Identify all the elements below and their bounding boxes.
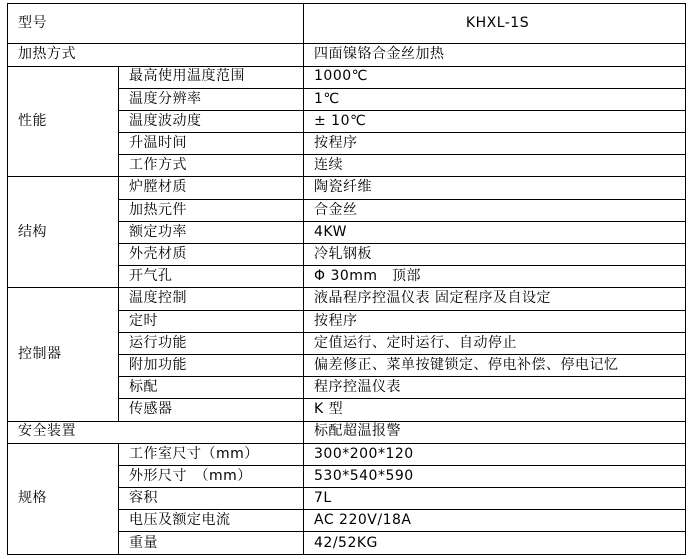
heating-element-label-cell: 加热元件 (119, 199, 304, 221)
heating-element-value-cell: 合金丝 (304, 199, 686, 221)
rated-power-label-cell: 额定功率 (119, 221, 304, 243)
heating-method-label-cell: 加热方式 (8, 44, 304, 66)
sensor-label-cell: 传感器 (119, 399, 304, 421)
group-cell-specs: 规格 (8, 443, 119, 554)
extra-functions-value-cell: 偏差修正、菜单按键锁定、停电补偿、停电记忆 (304, 354, 686, 376)
chamber-material-label-cell: 炉膛材质 (119, 177, 304, 199)
model-label-cell: 型号 (8, 4, 304, 44)
run-functions-label-cell: 运行功能 (119, 332, 304, 354)
rated-power-value-cell: 4KW (304, 221, 686, 243)
table-row-safety-device: 安全装置 标配超温报警 (8, 421, 686, 443)
max-temp-value-cell: 1000℃ (304, 66, 686, 88)
safety-device-value-cell: 标配超温报警 (304, 421, 686, 443)
table-row-heating-method: 加热方式 四面镍铬合金丝加热 (8, 44, 686, 66)
temp-fluctuation-label-cell: 温度波动度 (119, 110, 304, 132)
work-mode-label-cell: 工作方式 (119, 155, 304, 177)
chamber-size-label-cell: 工作室尺寸（mm） (119, 443, 304, 465)
temp-control-value-cell: 液晶程序控温仪表 固定程序及自设定 (304, 288, 686, 310)
model-value-cell: KHXL-1S (304, 4, 686, 44)
weight-label-cell: 重量 (119, 532, 304, 555)
shell-material-label-cell: 外壳材质 (119, 244, 304, 266)
table-row-chamber-material: 结构 炉膛材质 陶瓷纤维 (8, 177, 686, 199)
group-cell-structure: 结构 (8, 177, 119, 288)
safety-device-label-cell: 安全装置 (8, 421, 304, 443)
heatup-time-value-cell: 按程序 (304, 133, 686, 155)
table-row-max-temp: 性能 最高使用温度范围 1000℃ (8, 66, 686, 88)
group-cell-controller: 控制器 (8, 288, 119, 421)
shell-material-value-cell: 冷轧钢板 (304, 244, 686, 266)
spec-sheet-page: 型号 KHXL-1S 加热方式 四面镍铬合金丝加热 性能 最高使用温度范围 10… (0, 0, 692, 559)
vent-hole-label-cell: 开气孔 (119, 266, 304, 288)
sensor-value-cell: K 型 (304, 399, 686, 421)
standard-config-label-cell: 标配 (119, 377, 304, 399)
volume-label-cell: 容积 (119, 488, 304, 510)
voltage-current-value-cell: AC 220V/18A (304, 510, 686, 532)
voltage-current-label-cell: 电压及额定电流 (119, 510, 304, 532)
volume-value-cell: 7L (304, 488, 686, 510)
temp-fluctuation-value-cell: ± 10℃ (304, 110, 686, 132)
table-row-model: 型号 KHXL-1S (8, 4, 686, 44)
max-temp-label-cell: 最高使用温度范围 (119, 66, 304, 88)
group-cell-performance: 性能 (8, 66, 119, 177)
timer-label-cell: 定时 (119, 310, 304, 332)
chamber-material-value-cell: 陶瓷纤维 (304, 177, 686, 199)
heatup-time-label-cell: 升温时间 (119, 133, 304, 155)
outer-size-value-cell: 530*540*590 (304, 465, 686, 487)
weight-value-cell: 42/52KG (304, 532, 686, 555)
heating-method-value-cell: 四面镍铬合金丝加热 (304, 44, 686, 66)
chamber-size-value-cell: 300*200*120 (304, 443, 686, 465)
temp-control-label-cell: 温度控制 (119, 288, 304, 310)
product-spec-table: 型号 KHXL-1S 加热方式 四面镍铬合金丝加热 性能 最高使用温度范围 10… (7, 3, 686, 555)
timer-value-cell: 按程序 (304, 310, 686, 332)
temp-resolution-label-cell: 温度分辨率 (119, 88, 304, 110)
vent-hole-value-cell: Φ 30mm 顶部 (304, 266, 686, 288)
work-mode-value-cell: 连续 (304, 155, 686, 177)
extra-functions-label-cell: 附加功能 (119, 354, 304, 376)
table-row-temp-control: 控制器 温度控制 液晶程序控温仪表 固定程序及自设定 (8, 288, 686, 310)
temp-resolution-value-cell: 1℃ (304, 88, 686, 110)
table-row-chamber-size: 规格 工作室尺寸（mm） 300*200*120 (8, 443, 686, 465)
standard-config-value-cell: 程序控温仪表 (304, 377, 686, 399)
outer-size-label-cell: 外形尺寸 （mm） (119, 465, 304, 487)
run-functions-value-cell: 定值运行、定时运行、自动停止 (304, 332, 686, 354)
